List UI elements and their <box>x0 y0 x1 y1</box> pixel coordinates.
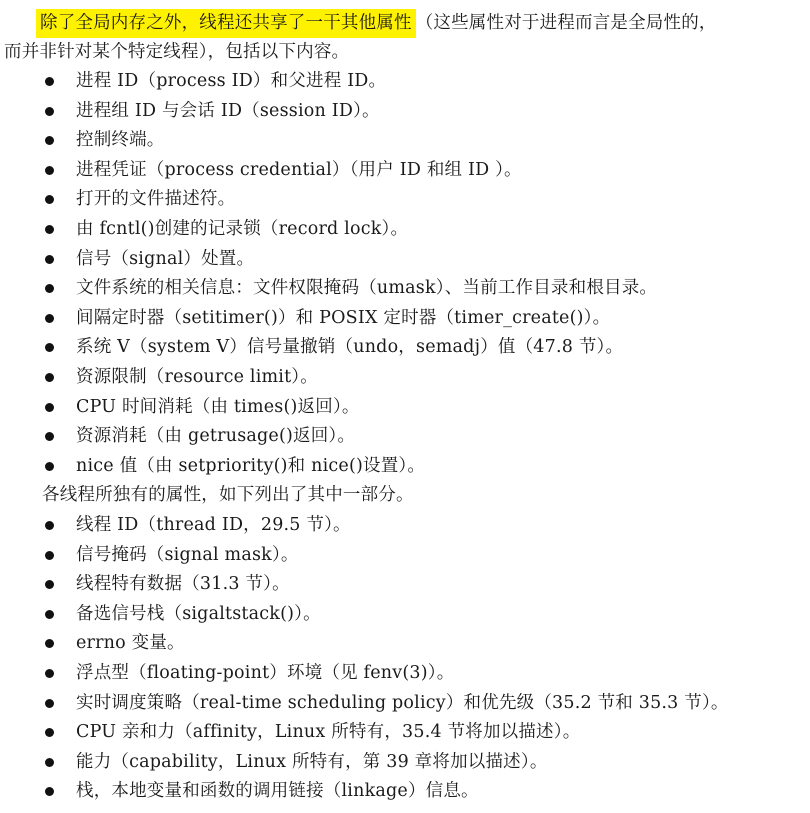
bullet-icon <box>45 639 54 648</box>
bullet-icon <box>45 343 54 352</box>
list-item: 信号掩码（signal mask）。 <box>0 540 810 570</box>
bullet-icon <box>45 195 54 204</box>
list-item-text: 进程组 ID 与会话 ID（session ID）。 <box>76 96 380 126</box>
list-item-text: 信号（signal）处置。 <box>76 244 254 274</box>
bullet-icon <box>45 699 54 708</box>
list-item: 资源限制（resource limit）。 <box>0 362 810 392</box>
list-item-text: CPU 亲和力（affinity，Linux 所特有，35.4 节将加以描述）。 <box>76 717 580 747</box>
list-item: 能力（capability，Linux 所特有，第 39 章将加以描述）。 <box>0 747 810 777</box>
bullet-icon <box>45 669 54 678</box>
list-item: 文件系统的相关信息：文件权限掩码（umask）、当前工作目录和根目录。 <box>0 273 810 303</box>
bullet-icon <box>45 373 54 382</box>
list-item-text: 实时调度策略（real-time scheduling policy）和优先级（… <box>76 688 729 718</box>
list-item: 系统 V（system V）信号量撤销（undo，semadj）值（47.8 节… <box>0 332 810 362</box>
list-item: 控制终端。 <box>0 125 810 155</box>
intro-rest-text: （这些属性对于进程而言是全局性的， <box>416 13 717 33</box>
bullet-icon <box>45 107 54 116</box>
list-item: 备选信号栈（sigaltstack()）。 <box>0 599 810 629</box>
list-item: 线程特有数据（31.3 节）。 <box>0 569 810 599</box>
list-item: 栈，本地变量和函数的调用链接（linkage）信息。 <box>0 776 810 806</box>
highlighted-text: 除了全局内存之外，线程还共享了一干其他属性 <box>36 9 416 38</box>
list-item: 进程 ID（process ID）和父进程 ID。 <box>0 66 810 96</box>
list-item-text: 文件系统的相关信息：文件权限掩码（umask）、当前工作目录和根目录。 <box>76 273 657 303</box>
bullet-icon <box>45 225 54 234</box>
bullet-icon <box>45 403 54 412</box>
list-item: 打开的文件描述符。 <box>0 184 810 214</box>
document-page: 除了全局内存之外，线程还共享了一干其他属性（这些属性对于进程而言是全局性的， 而… <box>0 0 810 813</box>
bullet-icon <box>45 432 54 441</box>
bullet-icon <box>45 284 54 293</box>
list-item-text: 信号掩码（signal mask）。 <box>76 540 299 570</box>
list-item: errno 变量。 <box>0 628 810 658</box>
list-item-text: 能力（capability，Linux 所特有，第 39 章将加以描述）。 <box>76 747 548 777</box>
bullet-icon <box>45 610 54 619</box>
list-item: 浮点型（floating-point）环境（见 fenv(3)）。 <box>0 658 810 688</box>
list-item: nice 值（由 setpriority()和 nice()设置）。 <box>0 451 810 481</box>
bullet-icon <box>45 787 54 796</box>
list-item-text: 线程 ID（thread ID，29.5 节）。 <box>76 510 351 540</box>
list-item-text: 浮点型（floating-point）环境（见 fenv(3)）。 <box>76 658 454 688</box>
list-item-text: 资源消耗（由 getrusage()返回）。 <box>76 421 355 451</box>
list-item-text: 由 fcntl()创建的记录锁（record lock）。 <box>76 214 408 244</box>
unique-attributes-intro: 各线程所独有的属性，如下列出了其中一部分。 <box>42 480 414 510</box>
bullet-icon <box>45 728 54 737</box>
list-item-text: errno 变量。 <box>76 628 185 658</box>
list-item: 进程组 ID 与会话 ID（session ID）。 <box>0 96 810 126</box>
list-item-text: 资源限制（resource limit）。 <box>76 362 318 392</box>
bullet-icon <box>45 136 54 145</box>
list-item: CPU 时间消耗（由 times()返回）。 <box>0 392 810 422</box>
bullet-icon <box>45 77 54 86</box>
bullet-icon <box>45 462 54 471</box>
list-item: 信号（signal）处置。 <box>0 244 810 274</box>
bullet-icon <box>45 758 54 767</box>
list-item-text: nice 值（由 setpriority()和 nice()设置）。 <box>76 451 425 481</box>
list-item-text: 备选信号栈（sigaltstack()）。 <box>76 599 321 629</box>
bullet-icon <box>45 166 54 175</box>
list-item-text: CPU 时间消耗（由 times()返回）。 <box>76 392 360 422</box>
list-item-text: 打开的文件描述符。 <box>76 184 235 214</box>
list-item: 进程凭证（process credential）（用户 ID 和组 ID ）。 <box>0 155 810 185</box>
list-item: 线程 ID（thread ID，29.5 节）。 <box>0 510 810 540</box>
list-item: 资源消耗（由 getrusage()返回）。 <box>0 421 810 451</box>
list-item-text: 进程 ID（process ID）和父进程 ID。 <box>76 66 386 96</box>
bullet-icon <box>45 314 54 323</box>
list-item: 间隔定时器（setitimer()）和 POSIX 定时器（timer_crea… <box>0 303 810 333</box>
list-item-text: 栈，本地变量和函数的调用链接（linkage）信息。 <box>76 776 479 806</box>
intro-paragraph-line-1: 除了全局内存之外，线程还共享了一干其他属性（这些属性对于进程而言是全局性的， <box>40 8 717 38</box>
list-item: 实时调度策略（real-time scheduling policy）和优先级（… <box>0 688 810 718</box>
list-item: 由 fcntl()创建的记录锁（record lock）。 <box>0 214 810 244</box>
bullet-icon <box>45 521 54 530</box>
list-item-text: 线程特有数据（31.3 节）。 <box>76 569 290 599</box>
bullet-icon <box>45 580 54 589</box>
list-item-text: 进程凭证（process credential）（用户 ID 和组 ID ）。 <box>76 155 522 185</box>
list-item-text: 控制终端。 <box>76 125 165 155</box>
list-item: CPU 亲和力（affinity，Linux 所特有，35.4 节将加以描述）。 <box>0 717 810 747</box>
intro-paragraph-line-2: 而并非针对某个特定线程），包括以下内容。 <box>4 37 349 67</box>
bullet-icon <box>45 255 54 264</box>
list-item-text: 系统 V（system V）信号量撤销（undo，semadj）值（47.8 节… <box>76 332 623 362</box>
bullet-icon <box>45 551 54 560</box>
list-item-text: 间隔定时器（setitimer()）和 POSIX 定时器（timer_crea… <box>76 303 610 333</box>
